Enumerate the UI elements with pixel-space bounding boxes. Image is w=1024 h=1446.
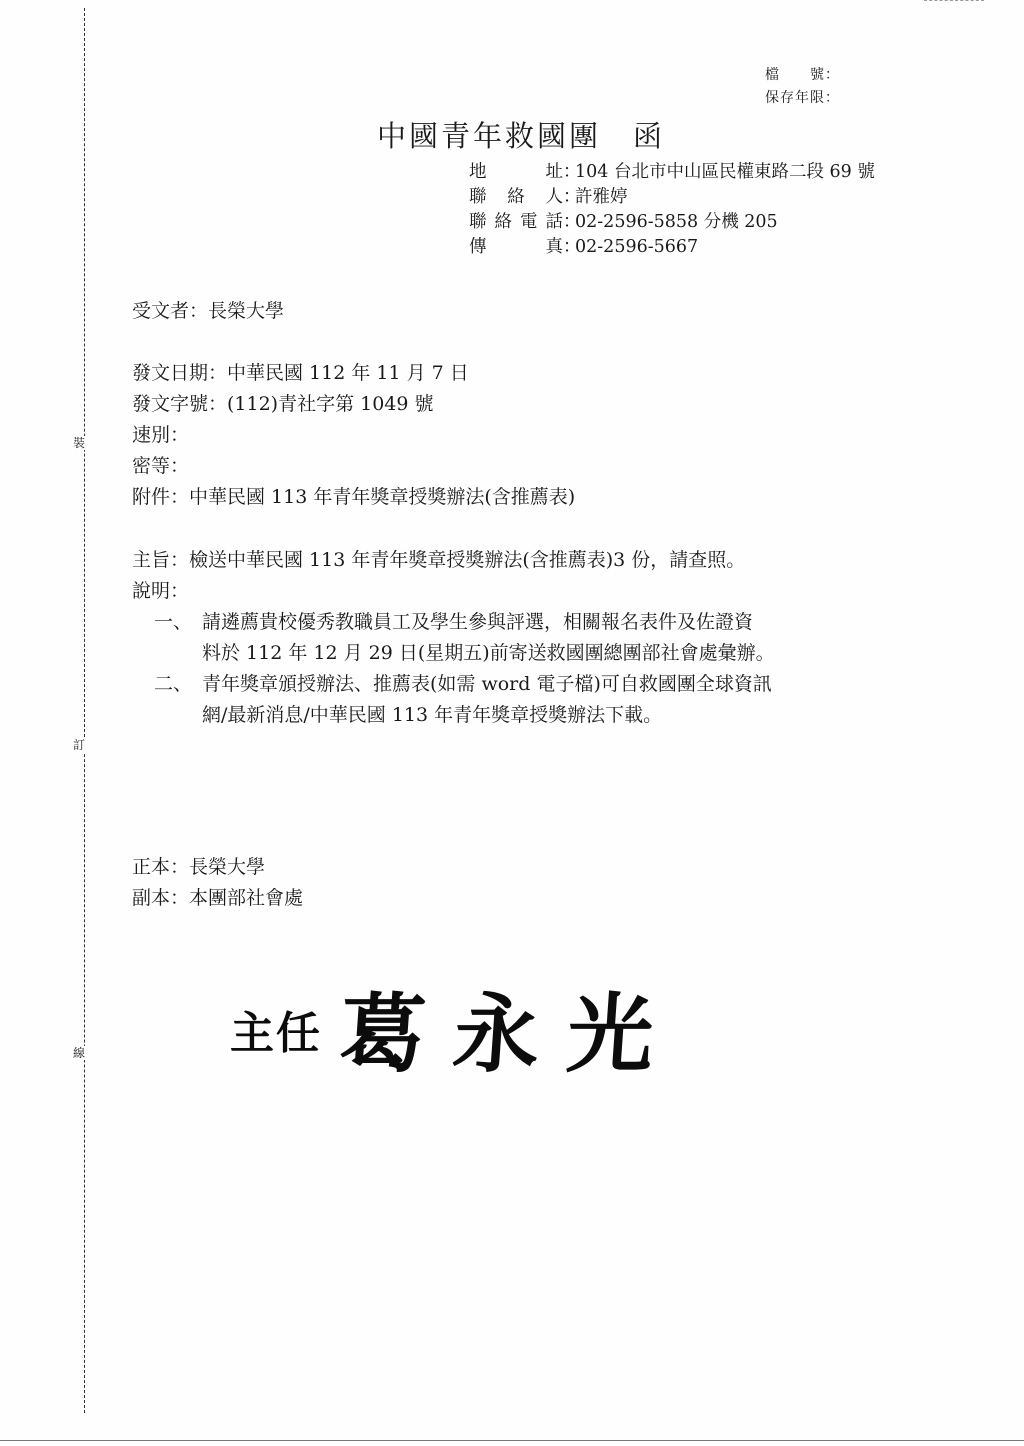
contact-value: 許雅婷: [575, 185, 628, 210]
subject: 主旨：檢送中華民國 113 年青年獎章授獎辦法(含推薦表)3 份，請查照。: [132, 545, 775, 576]
signatory-name: 葛永光: [336, 965, 687, 1089]
binding-mark-xian: 線: [73, 1046, 85, 1060]
item-line: 網/最新消息/中華民國 113 年青年獎章授獎辦法下載。: [202, 700, 772, 731]
contact-value: 104 台北市中山區民權東路二段 69 號: [575, 160, 875, 185]
explanation-label: 說明：: [132, 576, 775, 607]
contact-fax: 傳真：02-2596-5667: [469, 235, 875, 260]
item-number: 二、: [154, 669, 202, 731]
document-page: 裝 訂 線 檔 號： 保存年限： 中國青年救國團 函 地址：104 台北市中山區…: [0, 0, 1024, 1446]
signature: 主任葛永光: [230, 965, 682, 1089]
contact-person: 聯絡人：許雅婷: [469, 185, 875, 210]
item-text: 青年獎章頒授辦法、推薦表(如需 word 電子檔)可自救國團全球資訊 網/最新消…: [202, 669, 772, 731]
distribution: 正本：長榮大學 副本：本團部社會處: [132, 852, 303, 914]
issue-number: 發文字號：(112)青社字第 1049 號: [132, 389, 575, 420]
colon: ：: [563, 210, 575, 235]
item-line: 青年獎章頒授辦法、推薦表(如需 word 電子檔)可自救國團全球資訊: [202, 669, 772, 700]
binding-mark-ding: 訂: [73, 738, 85, 752]
file-info: 檔 號： 保存年限：: [765, 64, 840, 110]
explanation-item-2: 二、 青年獎章頒授辦法、推薦表(如需 word 電子檔)可自救國團全球資訊 網/…: [154, 669, 775, 731]
original-recipient: 正本：長榮大學: [132, 852, 303, 883]
scan-edge-mark: [924, 0, 984, 3]
issue-date: 發文日期：中華民國 112 年 11 月 7 日: [132, 358, 575, 389]
explanation-list: 一、 請遴薦貴校優秀教職員工及學生參與評選，相關報名表件及佐證資 料於 112 …: [154, 607, 775, 731]
colon: ：: [563, 185, 575, 210]
scan-bottom-edge: [0, 1440, 1024, 1441]
contact-label: 聯絡電話: [469, 210, 563, 235]
contact-value: 02-2596-5858 分機 205: [575, 210, 778, 235]
item-line: 料於 112 年 12 月 29 日(星期五)前寄送救國團總團部社會處彙辦。: [202, 638, 775, 669]
letter-body: 主旨：檢送中華民國 113 年青年獎章授獎辦法(含推薦表)3 份，請查照。 說明…: [132, 545, 775, 731]
signatory-title: 主任: [230, 997, 322, 1061]
organization-title: 中國青年救國團 函: [377, 116, 665, 156]
item-text: 請遴薦貴校優秀教職員工及學生參與評選，相關報名表件及佐證資 料於 112 年 1…: [202, 607, 775, 669]
contact-info: 地址：104 台北市中山區民權東路二段 69 號 聯絡人：許雅婷 聯絡電話：02…: [469, 160, 875, 260]
copy-recipient: 副本：本團部社會處: [132, 883, 303, 914]
recipient: 受文者：長榮大學: [132, 296, 284, 327]
attachment: 附件：中華民國 113 年青年獎章授獎辦法(含推薦表): [132, 482, 575, 513]
contact-label: 地址: [469, 160, 563, 185]
contact-address: 地址：104 台北市中山區民權東路二段 69 號: [469, 160, 875, 185]
item-line: 請遴薦貴校優秀教職員工及學生參與評選，相關報名表件及佐證資: [202, 607, 775, 638]
explanation-item-1: 一、 請遴薦貴校優秀教職員工及學生參與評選，相關報名表件及佐證資 料於 112 …: [154, 607, 775, 669]
retention-label: 保存年限：: [765, 87, 840, 110]
contact-phone: 聯絡電話：02-2596-5858 分機 205: [469, 210, 875, 235]
contact-value: 02-2596-5667: [575, 235, 698, 260]
colon: ：: [563, 160, 575, 185]
speed-class: 速別：: [132, 420, 575, 451]
binding-mark-zhuang: 裝: [73, 436, 85, 450]
secrecy-class: 密等：: [132, 451, 575, 482]
item-number: 一、: [154, 607, 202, 669]
colon: ：: [563, 235, 575, 260]
issue-info: 發文日期：中華民國 112 年 11 月 7 日 發文字號：(112)青社字第 …: [132, 358, 575, 513]
contact-label: 聯絡人: [469, 185, 563, 210]
contact-label: 傳真: [469, 235, 563, 260]
binding-line: [84, 8, 85, 1413]
file-number-label: 檔 號：: [765, 64, 840, 87]
